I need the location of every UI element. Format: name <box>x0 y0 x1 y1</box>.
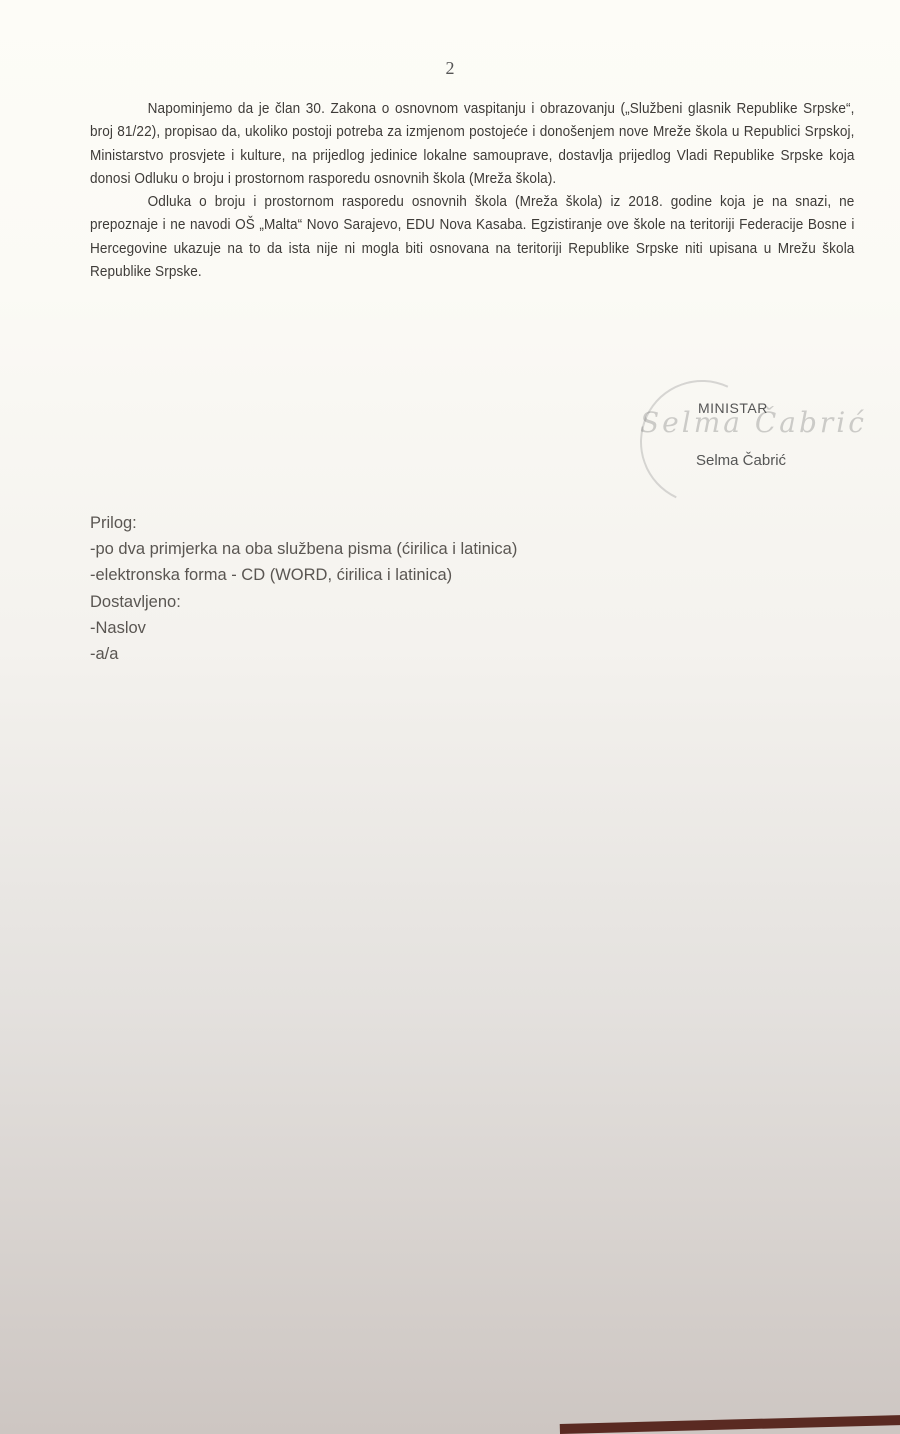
delivered-label: Dostavljeno: <box>90 589 517 615</box>
signature-block: Selma Čabrić MINISTAR Selma Čabrić <box>640 380 880 480</box>
attachment-item: -elektronska forma - CD (WORD, ćirilica … <box>90 562 517 588</box>
recipient-item: -Naslov <box>90 615 517 641</box>
stamp-icon <box>623 363 782 522</box>
body-text: Napominjemo da je član 30. Zakona o osno… <box>90 98 854 284</box>
attachments-list: Prilog: -po dva primjerka na oba služben… <box>90 510 517 667</box>
signature-title: MINISTAR <box>698 400 768 416</box>
paragraph-school-network: Odluka o broju i prostornom rasporedu os… <box>90 191 854 284</box>
document-page: 2 Napominjemo da je član 30. Zakona o os… <box>0 0 900 1434</box>
signatory-name: Selma Čabrić <box>696 452 786 469</box>
attachments-label: Prilog: <box>90 510 517 536</box>
paragraph-legal-basis: Napominjemo da je član 30. Zakona o osno… <box>90 98 854 191</box>
recipient-item: -a/a <box>90 641 517 667</box>
desk-edge <box>560 1415 900 1434</box>
attachment-item: -po dva primjerka na oba službena pisma … <box>90 536 517 562</box>
page-number: 2 <box>0 58 900 79</box>
